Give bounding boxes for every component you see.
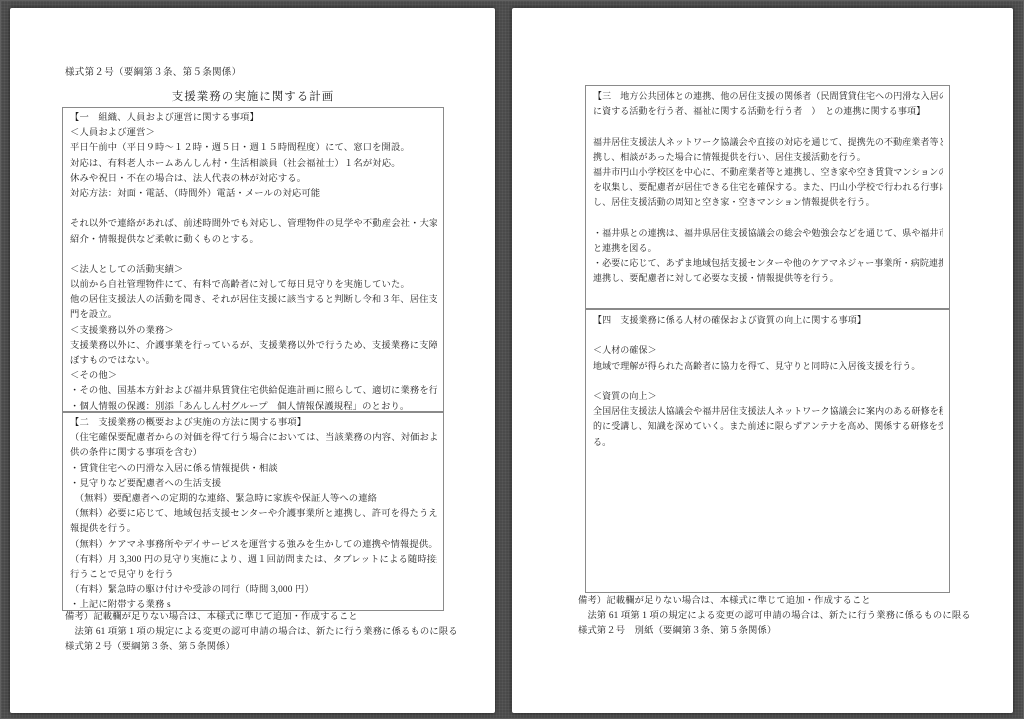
text-line: （有料）月 3,300 円の見守り実施により、週１回訪問または、タブレットによる…	[70, 553, 437, 568]
text-line: 供の条件に関する事項を含む）	[70, 446, 437, 461]
text-line: ・必要に応じて、あずま地域包括支援センターや他のケアマネジャー事業所・病院連携室…	[593, 256, 943, 271]
text-line: ・見守りなど要配慮者への生活支援	[70, 477, 437, 492]
text-line: 紹介・情報提供など柔軟に動くものとする。	[70, 233, 437, 248]
text-line: 対応は、有料老人ホームあんしん村・生活相談員（社会福祉士）１名が対応。	[70, 157, 437, 172]
text-line: を収集し、要配慮者が居住できる住宅を確保する。また、円山小学校で行われる行事に出…	[593, 180, 943, 195]
text-line: に資する活動を行う者、福祉に関する活動を行う者 ） との連携に関する事項】	[593, 104, 943, 119]
text-line	[593, 328, 943, 343]
text-line: 連携し、要配慮者に対して必要な支援・情報提供等を行う。	[593, 271, 943, 286]
right-page-footnotes: 備考）記載欄が足りない場合は、本様式に準じて追加・作成すること 法第 61 項第…	[578, 594, 1003, 640]
text-line: ＜人員および運営＞	[70, 126, 437, 141]
text-line	[70, 248, 437, 263]
document-viewer-background: 様式第２号（要綱第３条、第５条関係） 支援業務の実施に関する計画 【一 組織、人…	[0, 0, 1024, 719]
form-number-header: 様式第２号（要綱第３条、第５条関係）	[65, 64, 241, 78]
page-left: 様式第２号（要綱第３条、第５条関係） 支援業務の実施に関する計画 【一 組織、人…	[10, 8, 495, 713]
text-line: 法第 61 項第 1 項の規定による変更の認可申請の場合は、新たに行う業務に係る…	[578, 609, 1003, 624]
text-line: 報提供を行う。	[70, 522, 437, 537]
text-line: 備考）記載欄が足りない場合は、本様式に準じて追加・作成すること	[578, 594, 1003, 609]
text-line: ・その他、国基本方針および福井県賃貸住宅供給促進計画に照らして、適切に業務を行う…	[70, 384, 437, 399]
text-line: 支援業務以外に、介護事業を行っているが、支援業務以外で行うため、支援業務に支障を…	[70, 339, 437, 354]
text-line: ・福井県との連携は、福井県居住支援協議会の総会や勉強会などを通じて、県や福井市な…	[593, 226, 943, 241]
text-line: 地域で理解が得られた高齢者に協力を得て、見守りと同時に入居後支援を行う。	[593, 359, 943, 374]
text-line: 福井市円山小学校区を中心に、不動産業者等と連携し、空き家や空き賃貸マンションの情…	[593, 165, 943, 180]
section-3-cooperation-box: 【三 地方公共団体との連携、他の居住支援の関係者（民間賃貸住宅への円滑な入居の促…	[585, 85, 950, 309]
text-line: 行うことで見守りを行う	[70, 568, 437, 583]
text-line	[70, 202, 437, 217]
text-line: ＜その他＞	[70, 369, 437, 384]
text-line: 【一 組織、人員および運営に関する事項】	[70, 111, 437, 126]
text-line: し、居住支援活動の周知と空き家・空きマンション情報提供を行う。	[593, 195, 943, 210]
text-line: 【二 支援業務の概要および実施の方法に関する事項】	[70, 416, 437, 431]
left-page-footnotes: 備考）記載欄が足りない場合は、本様式に準じて追加・作成すること 法第 61 項第…	[65, 610, 485, 656]
text-line	[593, 211, 943, 226]
text-line: 全国居住支援法人協議会や福井居住支援法人ネットワーク協議会に案内のある研修を積極	[593, 404, 943, 419]
form-title: 支援業務の実施に関する計画	[62, 88, 444, 104]
text-line: （無料）必要に応じて、地域包括支援センターや介護事業所と連携し、許可を得たうえで…	[70, 507, 437, 522]
text-line: 備考）記載欄が足りない場合は、本様式に準じて追加・作成すること	[65, 610, 485, 625]
text-line: （住宅確保要配慮者からの対価を得て行う場合においては、当該業務の内容、対価および…	[70, 431, 437, 446]
text-line: 様式第２号（要綱第３条、第５条関係）	[65, 640, 485, 655]
text-line: 対応方法：対面・電話、（時間外）電話・メールの対応可能	[70, 187, 437, 202]
text-line: 休みや祝日・不在の場合は、法人代表の林が対応する。	[70, 172, 437, 187]
text-line: る。	[593, 435, 943, 450]
text-line: （有料）緊急時の駆け付けや受診の同行（時間 3,000 円）	[70, 583, 437, 598]
text-line: ・個人情報の保護：別添「あんしん村グループ 個人情報保護規程」のとおり。	[70, 400, 437, 412]
text-line: 【三 地方公共団体との連携、他の居住支援の関係者（民間賃貸住宅への円滑な入居の促…	[593, 89, 943, 104]
text-line: ＜資質の向上＞	[593, 389, 943, 404]
text-line: と連携を図る。	[593, 241, 943, 256]
text-line	[593, 374, 943, 389]
section-2-services-box: 【二 支援業務の概要および実施の方法に関する事項】（住宅確保要配慮者からの対価を…	[62, 412, 444, 611]
text-line: 的に受講し、知識を深めていく。また前述に限らずアンテナを高め、関係する研修を受講…	[593, 419, 943, 434]
text-line: ＜支援業務以外の業務＞	[70, 324, 437, 339]
text-line: 携し、相談があった場合に情報提供を行い、居住支援活動を行う。	[593, 150, 943, 165]
text-line: （無料）要配慮者への定期的な連絡、緊急時に家族や保証人等への連絡	[70, 492, 437, 507]
text-line: 平日午前中（平日９時～１２時・週５日・週１５時間程度）にて、窓口を開設。	[70, 141, 437, 156]
text-line: 【四 支援業務に係る人材の確保および資質の向上に関する事項】	[593, 313, 943, 328]
text-line: 他の居住支援法人の活動を聞き、それが居住支援に該当すると判断し令和３年、居住支援…	[70, 293, 437, 308]
text-line: 以前から自社管理物件にて、有料で高齢者に対して毎日見守りを実施していた。	[70, 278, 437, 293]
page-right: 【三 地方公共団体との連携、他の居住支援の関係者（民間賃貸住宅への円滑な入居の促…	[512, 8, 1013, 713]
text-line: 門を設立。	[70, 308, 437, 323]
text-line: （無料）ケアマネ事務所やデイサービスを運営する強みを生かしての連携や情報提供。	[70, 538, 437, 553]
text-line: ぼすものではない。	[70, 354, 437, 369]
section-1-organization-box: 【一 組織、人員および運営に関する事項】＜人員および運営＞平日午前中（平日９時～…	[62, 107, 444, 412]
text-line: それ以外で連絡があれば、前述時間外でも対応し、管理物件の見学や不動産会社・大家へ…	[70, 217, 437, 232]
section-4-human-resources-box: 【四 支援業務に係る人材の確保および資質の向上に関する事項】＜人材の確保＞地域で…	[585, 309, 950, 593]
text-line: 様式第２号 別紙（要綱第３条、第５条関係）	[578, 624, 1003, 639]
text-line: ・賃貸住宅への円滑な入居に係る情報提供・相談	[70, 462, 437, 477]
text-line	[593, 119, 943, 134]
text-line: 福井居住支援法人ネットワーク協議会や直接の対応を通じて、提携先の不動産業者等と連	[593, 135, 943, 150]
text-line: 法第 61 項第 1 項の規定による変更の認可申請の場合は、新たに行う業務に係る…	[65, 625, 485, 640]
text-line: ＜法人としての活動実績＞	[70, 263, 437, 278]
text-line: ＜人材の確保＞	[593, 343, 943, 358]
